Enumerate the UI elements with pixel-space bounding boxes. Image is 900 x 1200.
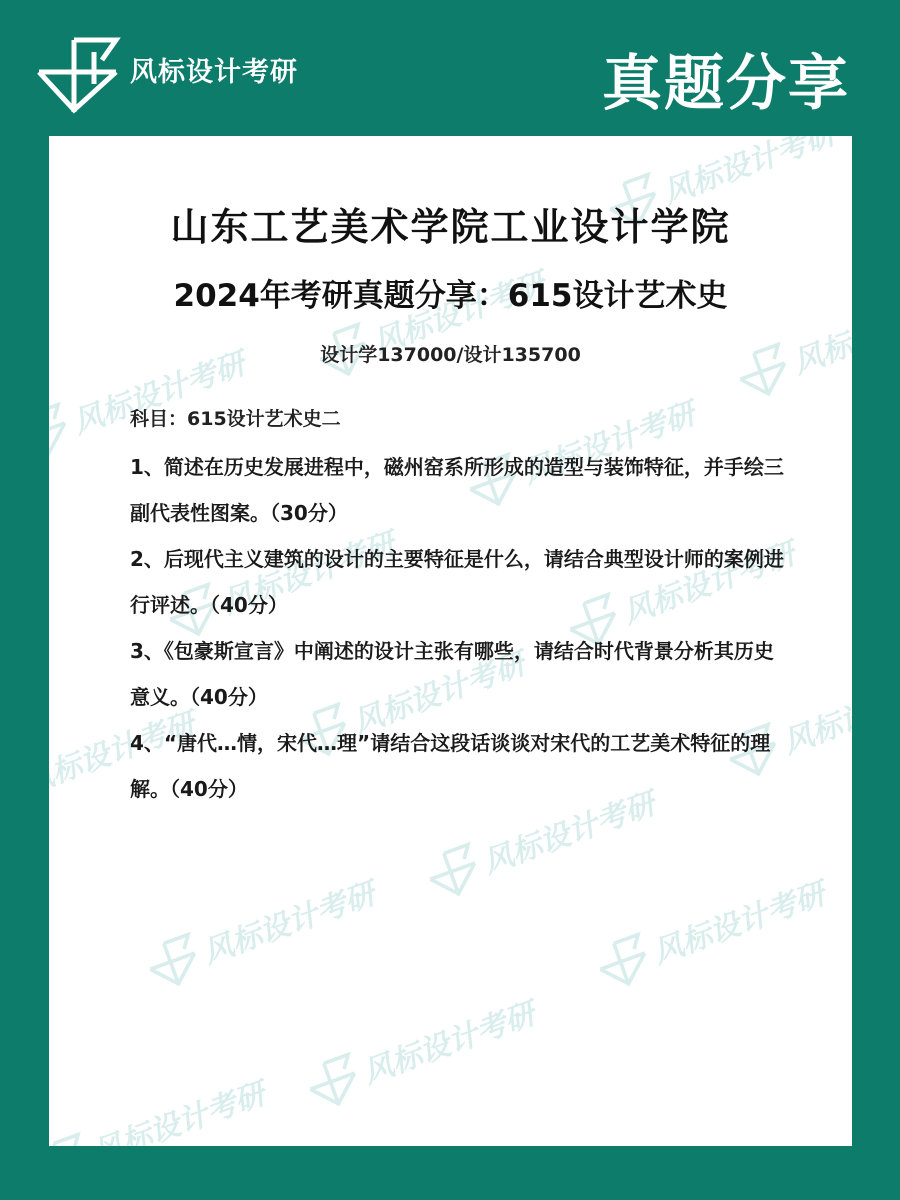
document-content: 山东工艺美术学院工业设计学院 2024年考研真题分享：615设计艺术史 设计学1… (49, 136, 852, 1146)
header: 风标设计考研 真题分享 (0, 0, 900, 136)
question-item: 4、“唐代…情，宋代…理”请结合这段话谈谈对宋代的工艺美术特征的理解。（40分） (130, 720, 790, 812)
brand-name: 风标设计考研 (130, 50, 298, 89)
document-subtitle: 2024年考研真题分享：615设计艺术史 (49, 270, 852, 315)
question-list: 1、简述在历史发展进程中，磁州窑系所形成的造型与装饰特征，并手绘三副代表性图案。… (130, 444, 790, 812)
brand: 风标设计考研 (36, 34, 298, 114)
brand-logo-icon (36, 34, 124, 114)
question-item: 3、《包豪斯宣言》中阐述的设计主张有哪些，请结合时代背景分析其历史意义。（40分… (130, 628, 790, 720)
exam-subject: 科目：615设计艺术史二 (130, 404, 341, 431)
document-title: 山东工艺美术学院工业设计学院 (49, 196, 852, 251)
page-badge: 真题分享 (602, 36, 850, 122)
program-codes: 设计学137000/设计135700 (49, 340, 852, 367)
question-item: 2、后现代主义建筑的设计的主要特征是什么，请结合典型设计师的案例进行评述。（40… (130, 536, 790, 628)
document-card: 风标设计考研 风标设计考研 风标设计考研 风标设计考研 风标设计考研 风标设计考… (49, 136, 852, 1146)
question-item: 1、简述在历史发展进程中，磁州窑系所形成的造型与装饰特征，并手绘三副代表性图案。… (130, 444, 790, 536)
